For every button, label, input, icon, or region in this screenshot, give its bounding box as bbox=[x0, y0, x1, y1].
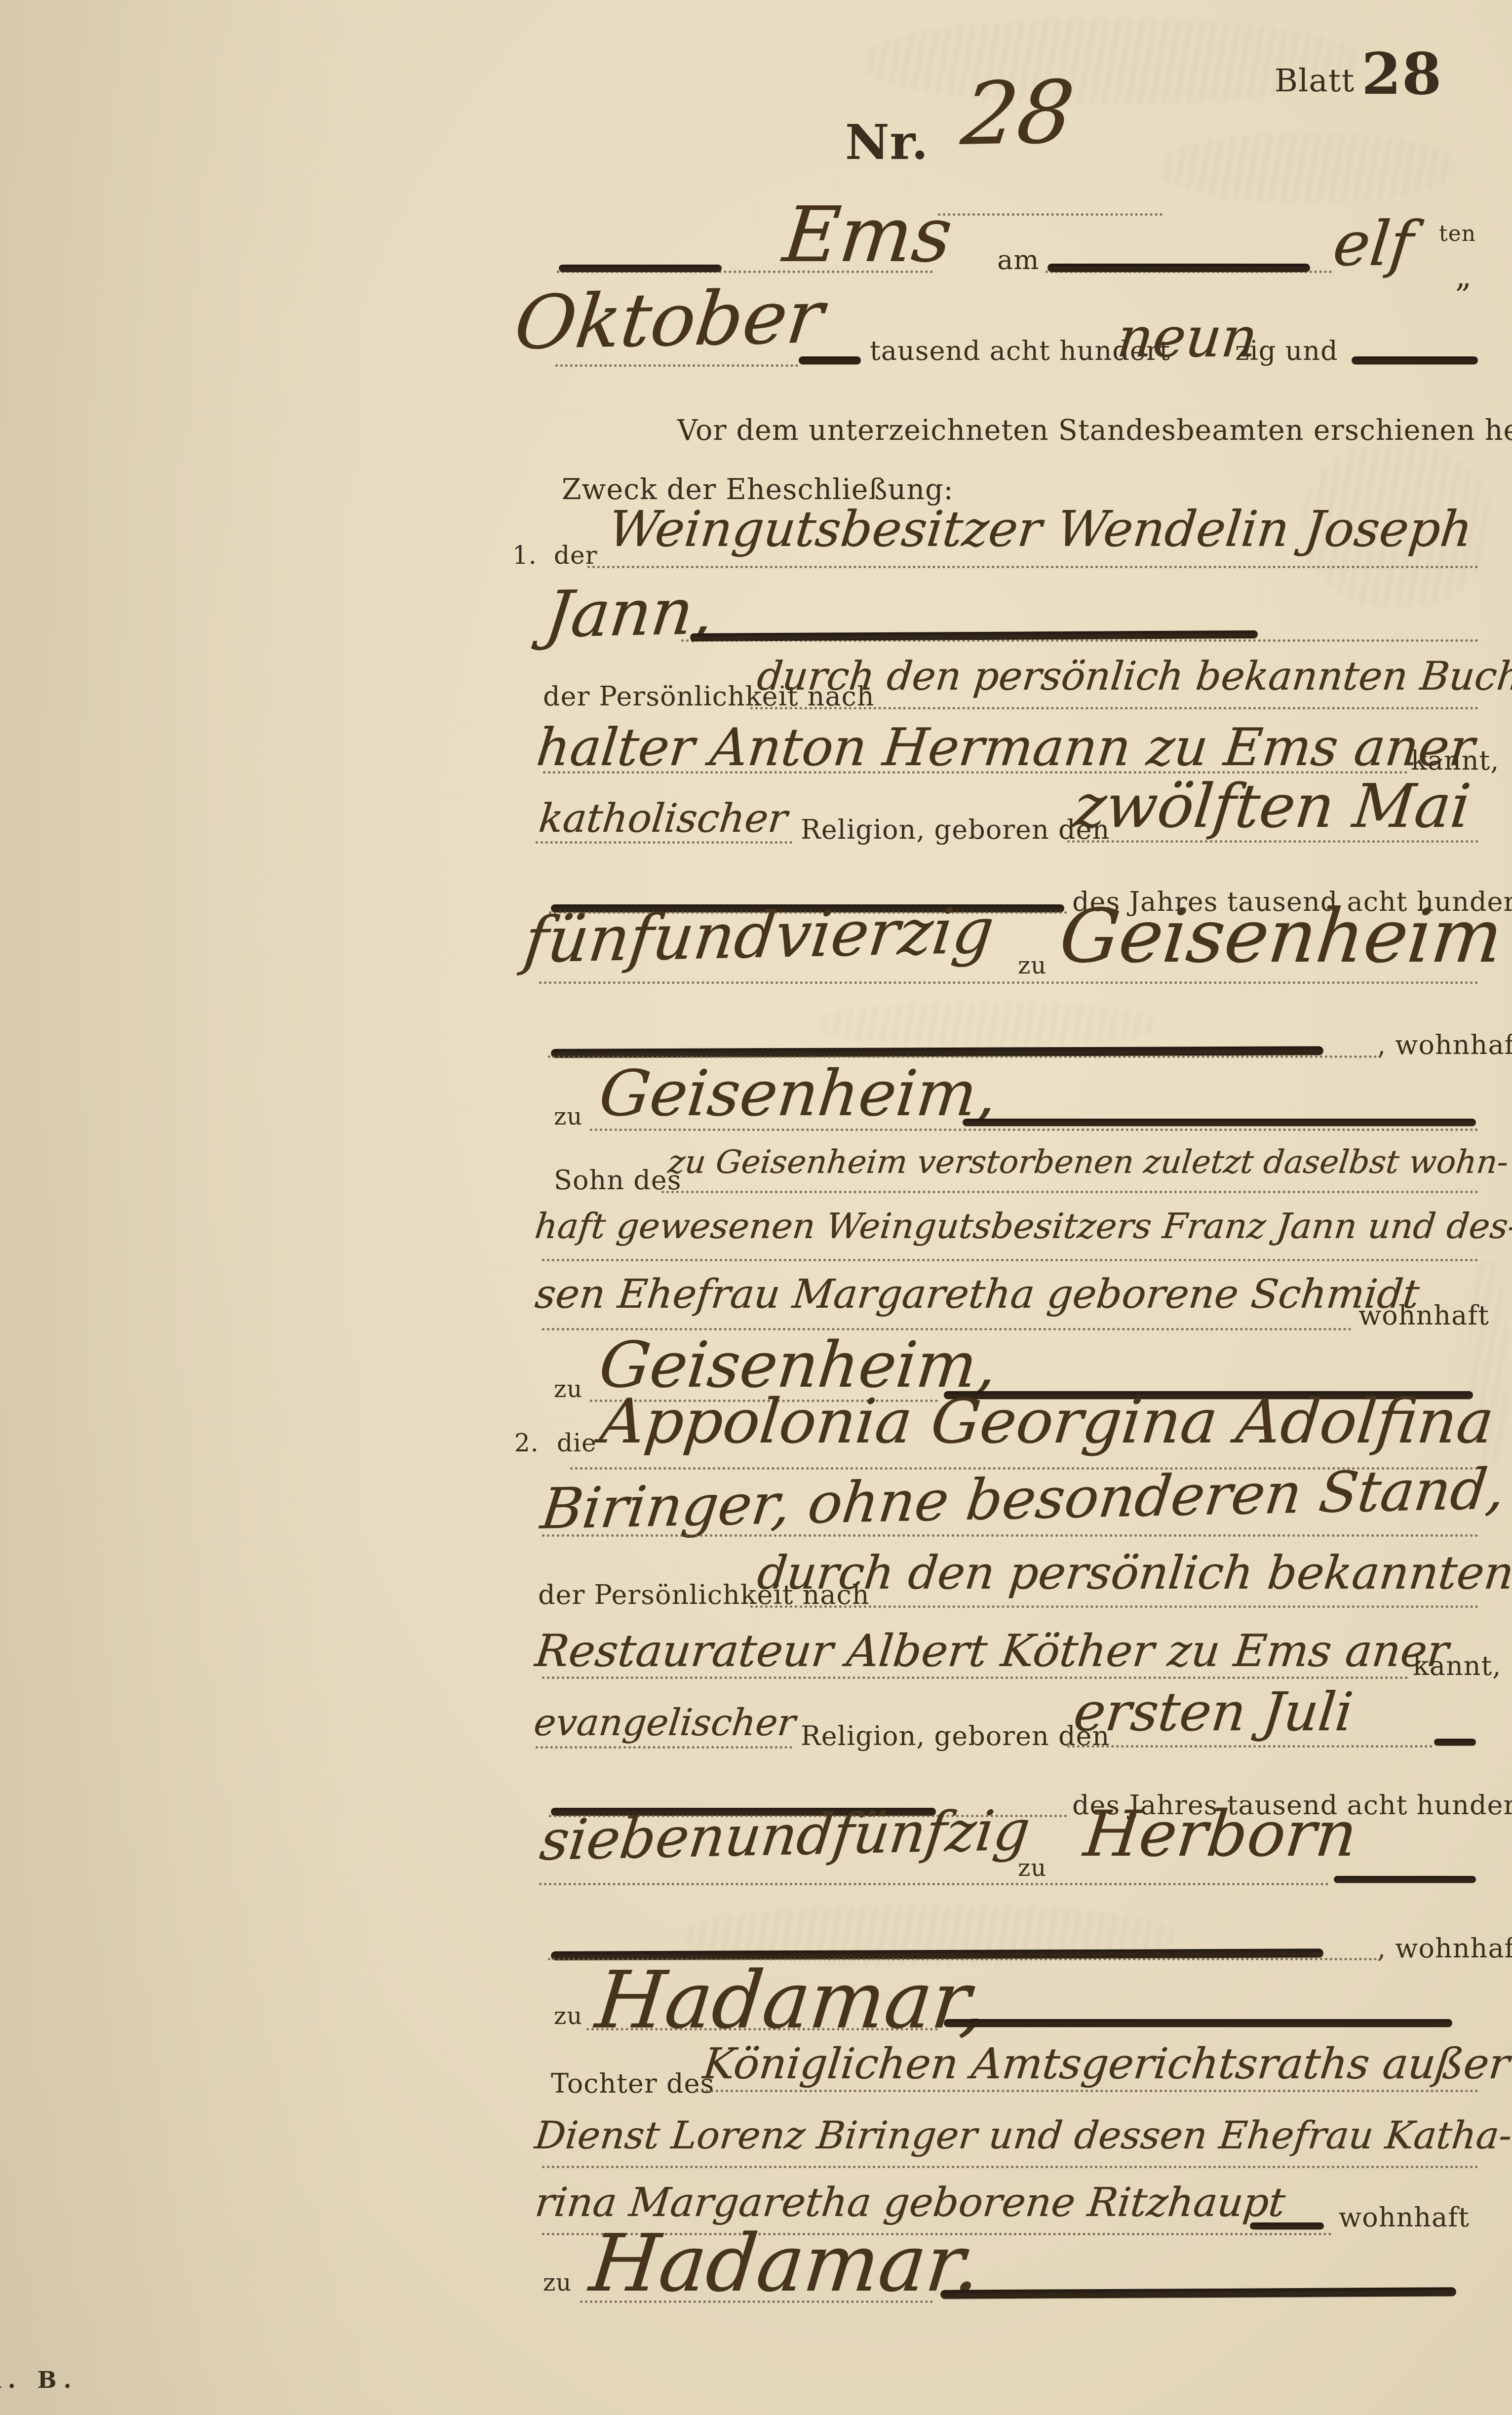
wohnhaft-label: wohnhaft bbox=[1339, 2204, 1470, 2231]
dotted-rule bbox=[1067, 1745, 1433, 1748]
bride-birth-place: Herborn bbox=[1081, 1803, 1360, 1866]
dotted-rule bbox=[542, 2166, 1478, 2168]
groom-birth-year: fünfundvierzig bbox=[521, 899, 997, 973]
bride-religion-label: Religion, geboren den bbox=[801, 1723, 1110, 1750]
dotted-rule bbox=[750, 707, 1478, 709]
dotted-rule bbox=[661, 1191, 1478, 1193]
bride-parents-line1: Königlichen Amtsgerichtsraths außer bbox=[701, 2043, 1512, 2085]
dotted-rule bbox=[536, 841, 792, 844]
intro-line1: Vor dem unterzeichneten Standesbeamten e… bbox=[677, 417, 1512, 445]
groom-birth-day: zwölften Mai bbox=[1071, 776, 1473, 836]
ink-stroke bbox=[1434, 1739, 1476, 1746]
ink-stroke bbox=[1352, 356, 1478, 364]
wohnhaft-label: wohnhaft bbox=[1358, 1302, 1489, 1329]
dotted-rule bbox=[580, 2300, 933, 2303]
ink-stroke bbox=[799, 356, 861, 364]
month-word: Oktober bbox=[511, 280, 827, 360]
year-print-b: zig und bbox=[1235, 338, 1338, 364]
groom-article: der bbox=[554, 543, 598, 568]
bride-given-names: Appolonia Georgina Adolfina bbox=[597, 1391, 1497, 1452]
dotted-rule bbox=[539, 1883, 1329, 1885]
wohnhaft-label: , wohnhaft bbox=[1377, 1032, 1512, 1058]
dotted-rule bbox=[555, 364, 798, 367]
day-suffix: ten bbox=[1439, 223, 1476, 245]
ink-stroke bbox=[940, 2287, 1456, 2298]
bride-identity-line1: durch den persönlich bekannten bbox=[755, 1550, 1512, 1596]
day-suffix-mark: „ bbox=[1455, 261, 1472, 292]
dotted-rule bbox=[542, 1534, 1478, 1537]
groom-identity-line2: halter Anton Hermann zu Ems aner bbox=[534, 722, 1477, 774]
groom-parents-line3: sen Ehefrau Margaretha geborene Schmidt bbox=[533, 1275, 1421, 1315]
bride-parents-label: Tochter des bbox=[551, 2070, 714, 2097]
sheet-number: 28 bbox=[1361, 45, 1442, 103]
day-word: elf bbox=[1330, 213, 1416, 275]
groom-birth-place: Geisenheim bbox=[1056, 899, 1506, 974]
dotted-rule bbox=[542, 1676, 1408, 1679]
bride-parents-line2: Dienst Lorenz Biringer und dessen Ehefra… bbox=[533, 2117, 1512, 2155]
bride-birth-day: ersten Juli bbox=[1071, 1686, 1355, 1739]
groom-kannt-suffix: kannt, bbox=[1411, 747, 1499, 774]
ink-stroke bbox=[963, 1119, 1476, 1126]
ink-stroke bbox=[559, 265, 722, 272]
sheet-label: Blatt bbox=[1275, 65, 1355, 97]
ink-bleed-ghost bbox=[814, 1002, 1160, 1047]
groom-parents-line1: zu Geisenheim verstorbenen zuletzt dasel… bbox=[666, 1146, 1510, 1178]
bride-kannt-suffix: kannt, bbox=[1413, 1653, 1501, 1679]
bride-surname-status: Biringer, ohne besonderen Stand, bbox=[538, 1461, 1508, 1537]
groom-residence: Geisenheim, bbox=[596, 1062, 1000, 1126]
marriage-record-page: Blatt 28 Nr. 28 Ems am elf ten „ Oktober… bbox=[0, 0, 1512, 2415]
dotted-rule bbox=[750, 1605, 1478, 1608]
zu-label: zu bbox=[554, 1105, 582, 1129]
dotted-rule bbox=[586, 2028, 938, 2030]
registry-place: Ems bbox=[780, 196, 956, 273]
ink-bleed-ghost bbox=[1160, 133, 1456, 202]
zu-label: zu bbox=[554, 2004, 582, 2028]
dotted-rule bbox=[1067, 840, 1478, 843]
dotted-rule bbox=[696, 2090, 1478, 2092]
dotted-rule bbox=[539, 981, 1478, 984]
bride-index: 2. bbox=[514, 1431, 539, 1455]
bride-parents-residence: Hadamar. bbox=[586, 2224, 984, 2303]
zu-label: zu bbox=[1018, 1856, 1047, 1880]
dotted-rule bbox=[587, 566, 1478, 568]
ink-stroke bbox=[1250, 2222, 1324, 2229]
corner-note: A. B. bbox=[0, 2369, 78, 2391]
bride-religion: evangelischer bbox=[532, 1704, 797, 1741]
groom-religion-label: Religion, geboren den bbox=[801, 817, 1110, 843]
groom-religion: katholischer bbox=[537, 799, 789, 838]
bride-birth-year: siebenundfünfzig bbox=[537, 1802, 1033, 1869]
ink-stroke bbox=[1334, 1876, 1476, 1883]
groom-parents-label: Sohn des bbox=[554, 1167, 681, 1194]
dotted-rule bbox=[590, 1129, 1478, 1131]
groom-occupation-names: Weingutsbesitzer Wendelin Joseph bbox=[606, 505, 1475, 554]
record-number-value: 28 bbox=[958, 69, 1078, 158]
groom-index: 1. bbox=[512, 543, 537, 568]
groom-identity-line1: durch den persönlich bekannten Buch- bbox=[755, 657, 1512, 696]
zu-label: zu bbox=[543, 2271, 572, 2295]
dotted-rule bbox=[536, 1746, 792, 1749]
bride-identity-line2: Restaurateur Albert Köther zu Ems aner bbox=[533, 1629, 1450, 1674]
am-label: am bbox=[997, 247, 1039, 273]
ink-stroke bbox=[1047, 264, 1310, 272]
zu-label: zu bbox=[1018, 954, 1047, 977]
zu-label: zu bbox=[554, 1377, 582, 1401]
ink-stroke bbox=[944, 2019, 1452, 2027]
bride-article: die bbox=[557, 1431, 597, 1455]
dotted-rule bbox=[938, 213, 1163, 216]
record-number-label: Nr. bbox=[845, 118, 929, 167]
dotted-rule bbox=[542, 1259, 1478, 1261]
wohnhaft-label: , wohnhaft bbox=[1377, 1935, 1512, 1962]
groom-parents-line2: haft gewesenen Weingutsbesitzers Franz J… bbox=[533, 1208, 1512, 1244]
